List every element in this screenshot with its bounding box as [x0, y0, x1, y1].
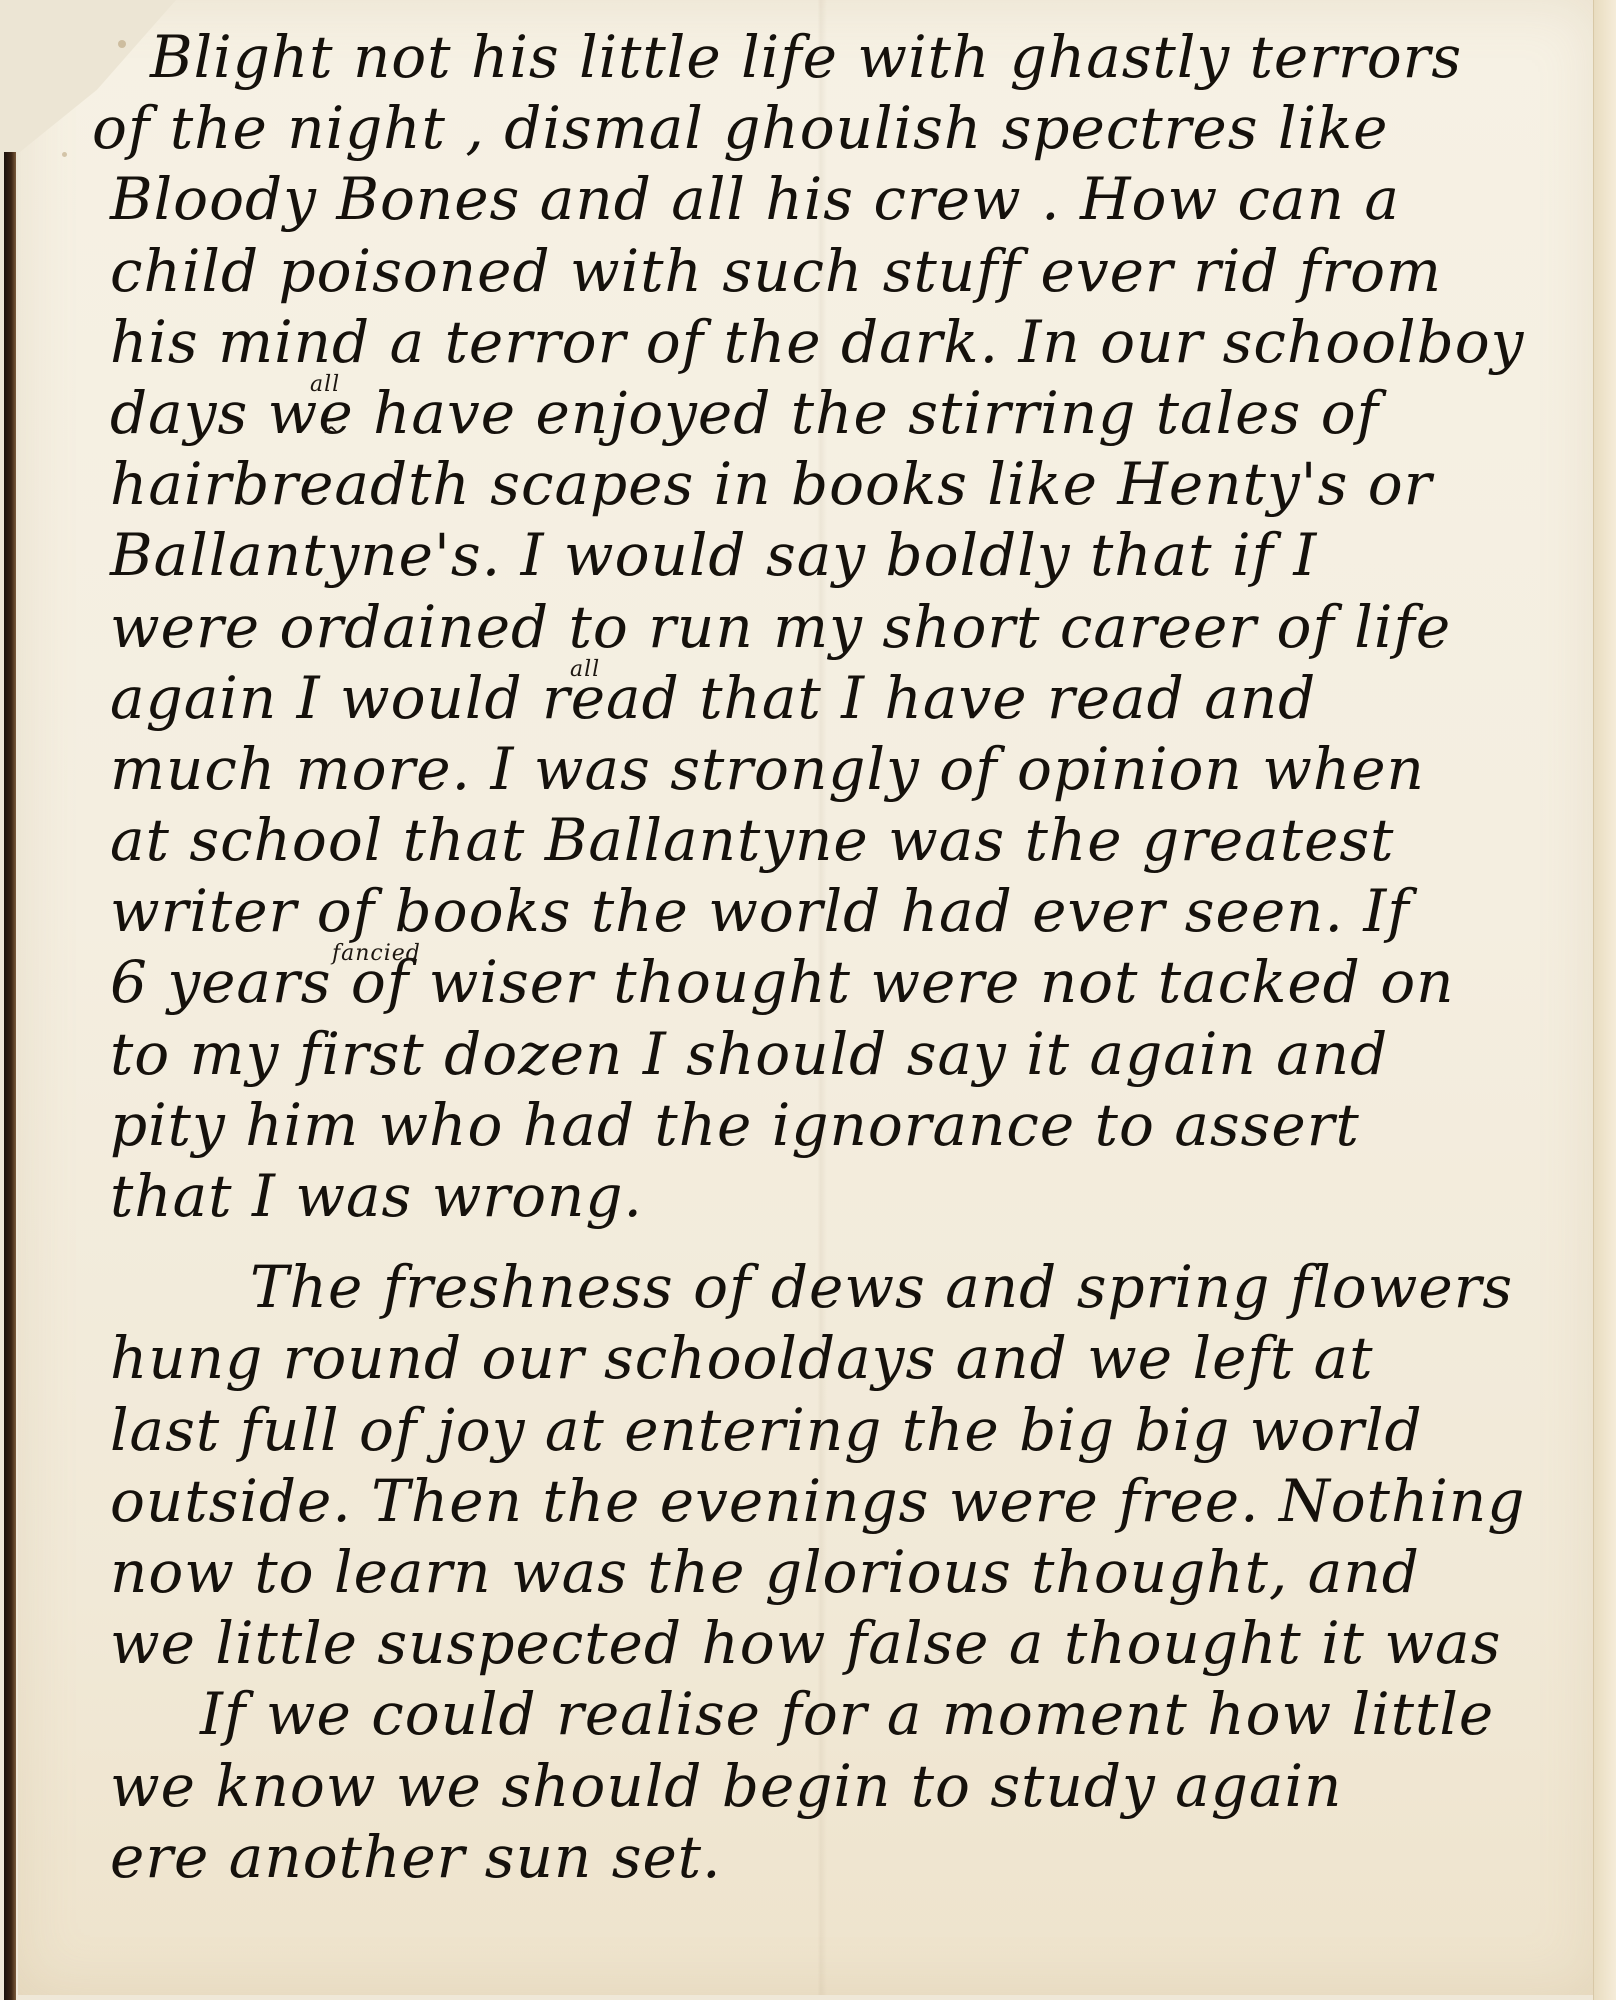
line-text: The freshness of dews and spring flowers: [250, 1253, 1513, 1321]
line-text: were ordained to run my short career of …: [110, 593, 1451, 661]
line-text: pity him who had the ignorance to assert: [110, 1091, 1360, 1159]
interlinear-insertion: all: [570, 659, 600, 681]
text-line: Blight not his little life with ghastly …: [110, 22, 1590, 93]
text-line: of the night , dismal ghoulish spectres …: [92, 93, 1590, 164]
line-text: much more. I was strongly of opinion whe…: [110, 735, 1425, 803]
text-line: all ^ days we have enjoyed the stirring …: [110, 378, 1590, 449]
line-text: writer of books the world had ever seen.…: [110, 877, 1410, 945]
text-line: at school that Ballantyne was the greate…: [110, 805, 1590, 876]
line-text: days we have enjoyed the stirring tales …: [110, 379, 1379, 447]
line-text: that I was wrong.: [110, 1162, 643, 1230]
text-line: that I was wrong.: [110, 1161, 1590, 1232]
text-line: hung round our schooldays and we left at: [110, 1323, 1590, 1394]
binding-edge: [4, 152, 16, 2000]
line-text: at school that Ballantyne was the greate…: [110, 806, 1394, 874]
line-text: ere another sun set.: [110, 1823, 722, 1891]
line-text: child poisoned with such stuff ever rid …: [110, 237, 1442, 305]
line-text: Blight not his little life with ghastly …: [150, 23, 1462, 91]
line-text: Bloody Bones and all his crew . How can …: [110, 165, 1400, 233]
scanned-manuscript: Blight not his little life with ghastly …: [0, 0, 1616, 2000]
line-text: Ballantyne's. I would say boldly that if…: [110, 521, 1317, 589]
text-line: we know we should begin to study again: [110, 1751, 1590, 1822]
line-text: we know we should begin to study again: [110, 1752, 1342, 1820]
manuscript-text: Blight not his little life with ghastly …: [110, 22, 1590, 1893]
right-page-fold: [1593, 0, 1616, 2000]
text-line: now to learn was the glorious thought, a…: [110, 1537, 1590, 1608]
text-line: ere another sun set.: [110, 1822, 1590, 1893]
text-line: writer of books the world had ever seen.…: [110, 876, 1590, 947]
text-line: pity him who had the ignorance to assert: [110, 1090, 1590, 1161]
text-line: Ballantyne's. I would say boldly that if…: [110, 520, 1590, 591]
interlinear-insertion: all: [310, 374, 340, 396]
text-line: were ordained to run my short career of …: [110, 592, 1590, 663]
line-text: hung round our schooldays and we left at: [110, 1324, 1374, 1392]
line-text: If we could realise for a moment how lit…: [200, 1680, 1494, 1748]
line-text: hairbreadth scapes in books like Henty's…: [110, 450, 1432, 518]
line-text: outside. Then the evenings were free. No…: [110, 1467, 1525, 1535]
text-line: hairbreadth scapes in books like Henty's…: [110, 449, 1590, 520]
line-text: to my first dozen I should say it again …: [110, 1020, 1388, 1088]
text-line: we little suspected how false a thought …: [110, 1608, 1590, 1679]
line-text: 6 years of wiser thought were not tacked…: [110, 948, 1455, 1016]
line-text: of the night , dismal ghoulish spectres …: [92, 94, 1389, 162]
paragraph-gap: [110, 1232, 1590, 1252]
interlinear-insertion: fancied: [332, 943, 421, 965]
text-line: Bloody Bones and all his crew . How can …: [110, 164, 1590, 235]
text-line: If we could realise for a moment how lit…: [110, 1679, 1590, 1750]
text-line: child poisoned with such stuff ever rid …: [110, 236, 1590, 307]
text-line: fancied 6 years of wiser thought were no…: [110, 947, 1590, 1018]
text-line: to my first dozen I should say it again …: [110, 1019, 1590, 1090]
text-line: outside. Then the evenings were free. No…: [110, 1466, 1590, 1537]
line-text: his mind a terror of the dark. In our sc…: [110, 308, 1524, 376]
text-line: The freshness of dews and spring flowers: [110, 1252, 1590, 1323]
text-line: all again I would read that I have read …: [110, 663, 1590, 734]
line-text: last full of joy at entering the big big…: [110, 1396, 1423, 1464]
insertion-caret: ^: [322, 426, 341, 448]
text-line: last full of joy at entering the big big…: [110, 1395, 1590, 1466]
line-text: we little suspected how false a thought …: [110, 1609, 1501, 1677]
line-text: again I would read that I have read and: [110, 664, 1316, 732]
paper-stain: [62, 152, 67, 157]
line-text: now to learn was the glorious thought, a…: [110, 1538, 1420, 1606]
text-line: his mind a terror of the dark. In our sc…: [110, 307, 1590, 378]
text-line: much more. I was strongly of opinion whe…: [110, 734, 1590, 805]
